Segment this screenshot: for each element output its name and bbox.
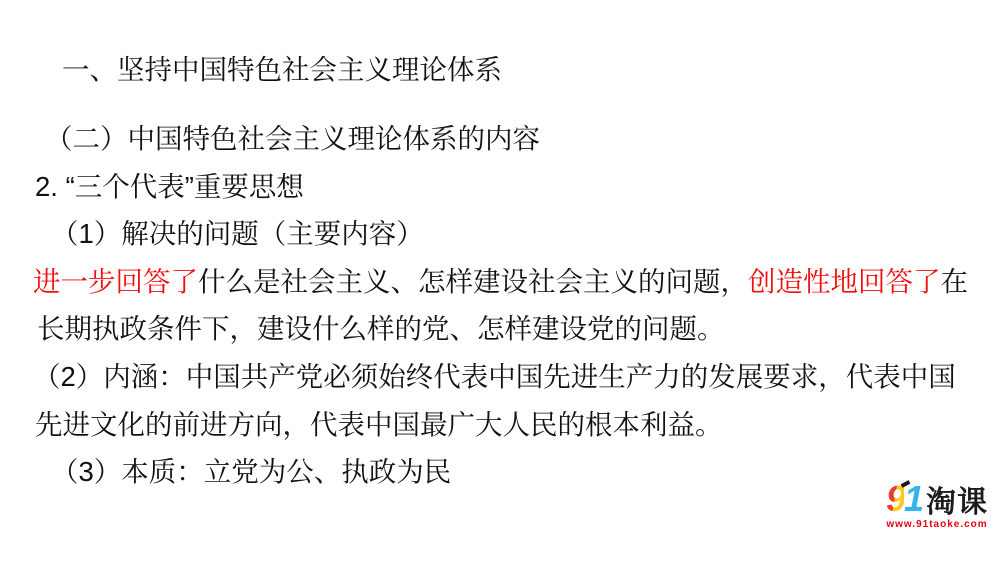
slide-title: 一、坚持中国特色社会主义理论体系 — [62, 50, 502, 90]
body-text: 长期执政条件下，建设什么样的党、怎样建设党的问题。 — [37, 313, 725, 344]
body-text: （2）内涵：中国共产党必须始终代表中国先进生产力的发展要求，代表中国 — [33, 361, 956, 392]
slide-body: （二）中国特色社会主义理论体系的内容2. “三个代表”重要思想（1）解决的问题（… — [33, 115, 993, 496]
logo-url-text: www.91taoke.com — [882, 520, 992, 530]
logo-digit-1: 1 — [904, 481, 924, 517]
body-text: 先进文化的前进方向，代表中国最广大人民的根本利益。 — [35, 409, 723, 440]
text-line: （3）本质：立党为公、执政为民 — [51, 448, 993, 496]
body-text: （二）中国特色社会主义理论体系的内容 — [45, 123, 540, 154]
body-text: 什么是社会主义、怎样建设社会主义的问题， — [198, 266, 748, 297]
presentation-slide: 一、坚持中国特色社会主义理论体系 （二）中国特色社会主义理论体系的内容2. “三… — [0, 0, 1000, 562]
text-line: 长期执政条件下，建设什么样的党、怎样建设党的问题。 — [37, 305, 993, 353]
body-text: 在 — [941, 266, 969, 297]
body-text: （3）本质：立党为公、执政为民 — [51, 456, 451, 487]
body-text: （1）解决的问题（主要内容） — [51, 218, 424, 249]
emphasis-text: 创造性地回答了 — [748, 266, 941, 297]
text-line: 先进文化的前进方向，代表中国最广大人民的根本利益。 — [35, 401, 993, 449]
text-line: 2. “三个代表”重要思想 — [35, 163, 993, 211]
logo-wordmark: 9 1 淘课 — [886, 481, 988, 517]
text-line: 进一步回答了什么是社会主义、怎样建设社会主义的问题，创造性地回答了在 — [33, 258, 993, 306]
text-line: （2）内涵：中国共产党必须始终代表中国先进生产力的发展要求，代表中国 — [33, 353, 993, 401]
brand-logo: 9 1 淘课 www.91taoke.com — [882, 481, 992, 530]
logo-brand-text: 淘课 — [926, 488, 988, 518]
text-line: （二）中国特色社会主义理论体系的内容 — [45, 115, 993, 163]
body-text: 2. “三个代表”重要思想 — [35, 171, 304, 202]
emphasis-text: 进一步回答了 — [33, 266, 198, 297]
text-line: （1）解决的问题（主要内容） — [51, 210, 993, 258]
